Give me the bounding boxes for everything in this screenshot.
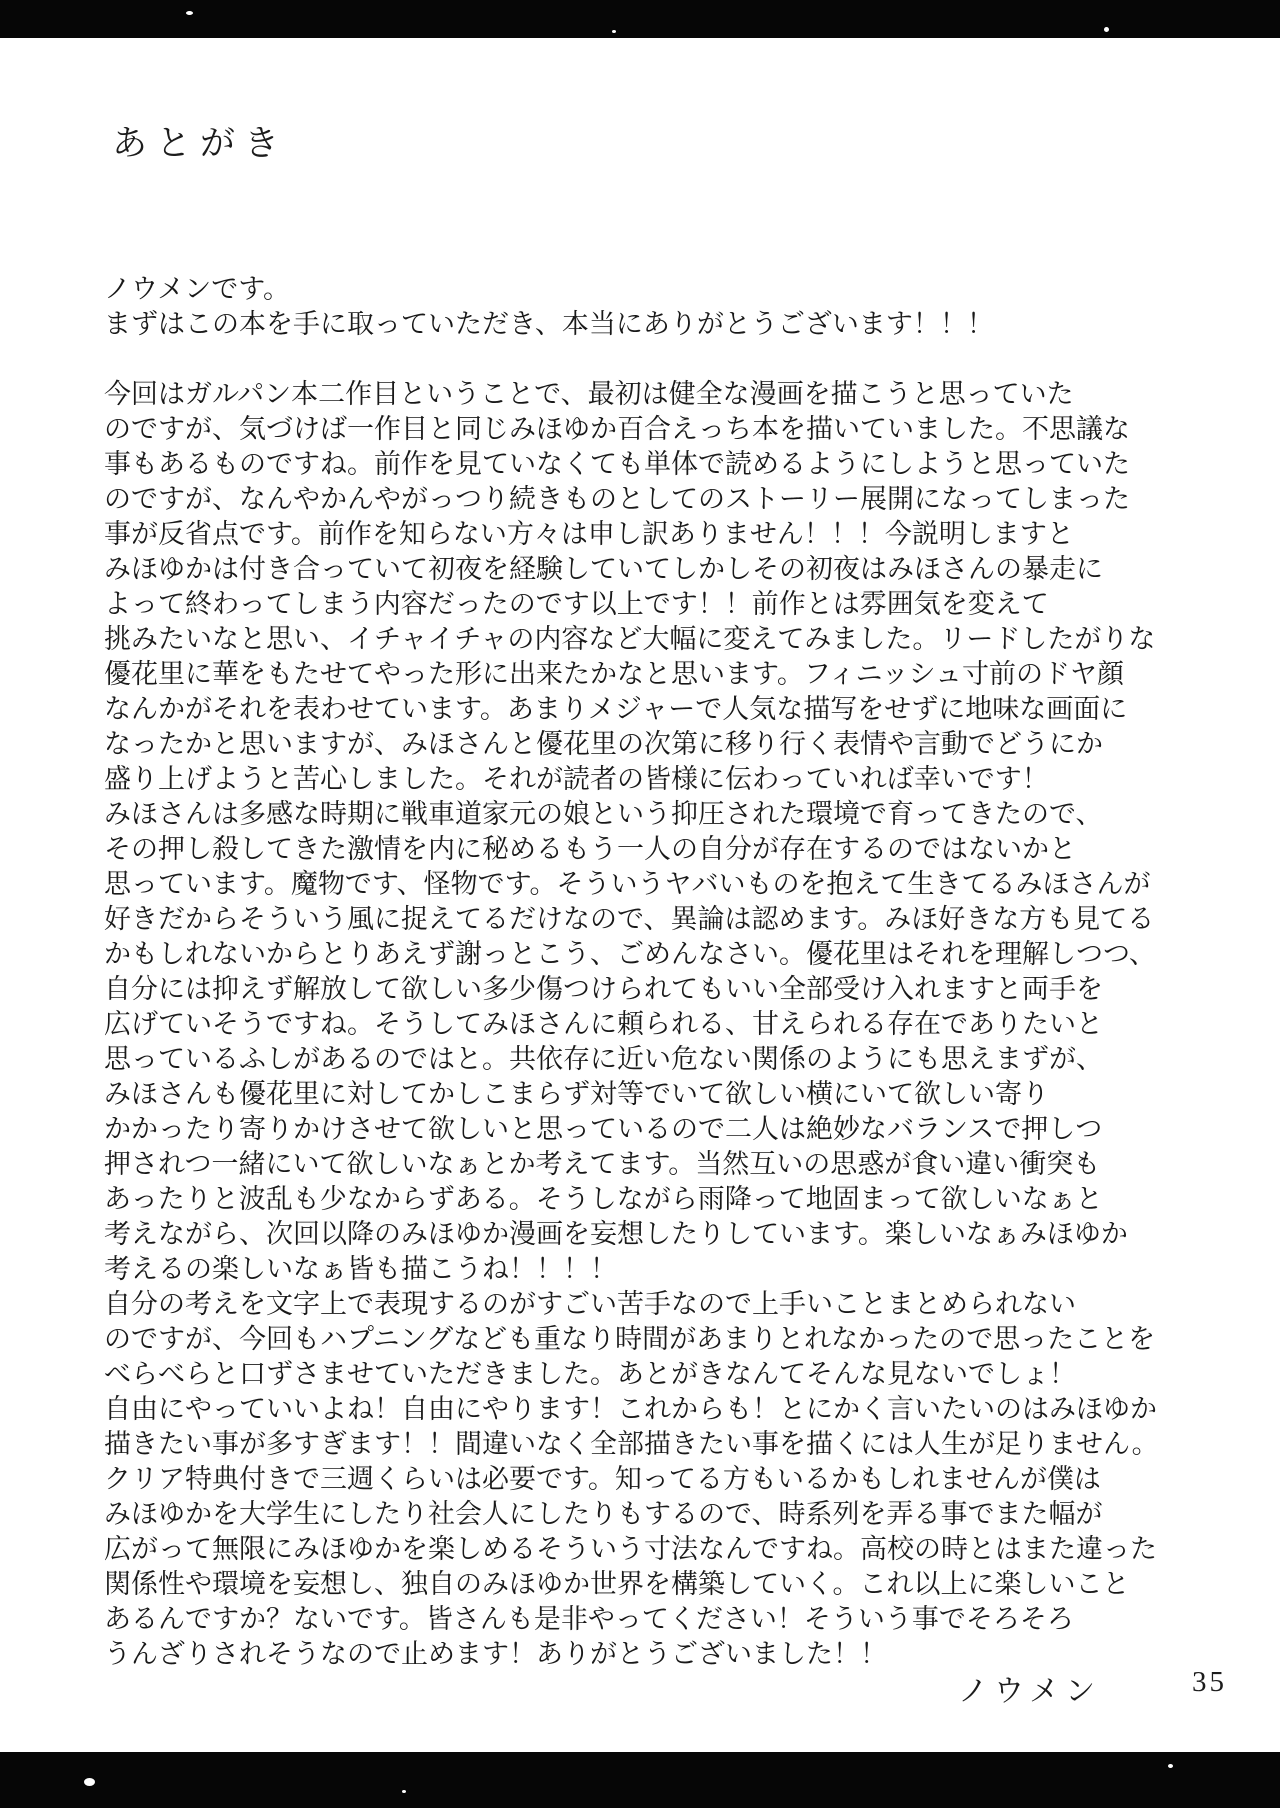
afterword-line: ノウメンです。 [104,272,1214,307]
scan-speck [84,1778,95,1786]
afterword-line: 事が反省点です。前作を知らない方々は申し訳ありません！！！今説明しますと [104,517,1214,552]
afterword-line: あったりと波乱も少なからずある。そうしながら雨降って地固まって欲しいなぁと [104,1182,1214,1217]
afterword-line: 描きたい事が多すぎます！！間違いなく全部描きたい事を描くには人生が足りません。 [104,1427,1214,1462]
afterword-line: 広がって無限にみほゆかを楽しめるそういう寸法なんですね。高校の時とはまた違った [104,1532,1214,1567]
afterword-body: ノウメンです。まずはこの本を手に取っていただき、本当にありがとうございます！！！… [104,272,1214,1672]
afterword-line: その押し殺してきた激情を内に秘めるもう一人の自分が存在するのではないかと [104,832,1214,867]
afterword-title: あとがき [112,116,288,166]
afterword-line: みほゆかは付き合っていて初夜を経験していてしかしその初夜はみほさんの暴走に [104,552,1214,587]
afterword-line: みほゆかを大学生にしたり社会人にしたりもするので、時系列を弄る事でまた幅が [104,1497,1214,1532]
scan-speck [186,11,193,15]
afterword-line: なったかと思いますが、みほさんと優花里の次第に移り行く表情や言動でどうにか [104,727,1214,762]
afterword-line: あるんですか？ないです。皆さんも是非やってください！そういう事でそろそろ [104,1602,1214,1637]
afterword-line: なんかがそれを表わせています。あまりメジャーで人気な描写をせずに地味な画面に [104,692,1214,727]
afterword-line: のですが、今回もハプニングなども重なり時間があまりとれなかったので思ったことを [104,1322,1214,1357]
afterword-line [104,342,1214,377]
scan-speck [1104,27,1109,32]
afterword-line: 自分には抑えず解放して欲しい多少傷つけられてもいい全部受け入れますと両手を [104,972,1214,1007]
afterword-line: 自由にやっていいよね！自由にやります！これからも！とにかく言いたいのはみほゆか [104,1392,1214,1427]
afterword-line: 関係性や環境を妄想し、独自のみほゆか世界を構築していく。これ以上に楽しいこと [104,1567,1214,1602]
afterword-line: 広げていそうですね。そうしてみほさんに頼られる、甘えられる存在でありたいと [104,1007,1214,1042]
afterword-line: みほさんも優花里に対してかしこまらず対等でいて欲しい横にいて欲しい寄り [104,1077,1214,1112]
afterword-line: 優花里に華をもたせてやった形に出来たかなと思います。フィニッシュ寸前のドヤ顔 [104,657,1214,692]
afterword-line: まずはこの本を手に取っていただき、本当にありがとうございます！！！ [104,307,1214,342]
afterword-line: べらべらと口ずさませていただきました。あとがきなんてそんな見ないでしょ！ [104,1357,1214,1392]
scan-speck [402,1790,406,1793]
afterword-line: のですが、なんやかんやがっつり続きものとしてのストーリー展開になってしまった [104,482,1214,517]
afterword-line: 盛り上げようと苦心しました。それが読者の皆様に伝わっていれば幸いです！ [104,762,1214,797]
afterword-line: 挑みたいなと思い、イチャイチャの内容など大幅に変えてみました。リードしたがりな [104,622,1214,657]
afterword-line: クリア特典付きで三週くらいは必要です。知ってる方もいるかもしれませんが僕は [104,1462,1214,1497]
afterword-line: かかったり寄りかけさせて欲しいと思っているので二人は絶妙なバランスで押しつ [104,1112,1214,1147]
afterword-line: みほさんは多感な時期に戦車道家元の娘という抑圧された環境で育ってきたので、 [104,797,1214,832]
afterword-line: 考えながら、次回以降のみほゆか漫画を妄想したりしています。楽しいなぁみほゆか [104,1217,1214,1252]
afterword-line: 押されつ一緒にいて欲しいなぁとか考えてます。当然互いの思惑が食い違い衝突も [104,1147,1214,1182]
scan-speck [1168,1764,1173,1768]
afterword-line: 思っています。魔物です、怪物です。そういうヤバいものを抱えて生きてるみほさんが [104,867,1214,902]
afterword-line: のですが、気づけば一作目と同じみほゆか百合えっち本を描いていました。不思議な [104,412,1214,447]
scan-edge-bottom [0,1752,1280,1808]
author-signature: ノウメン [958,1666,1101,1710]
scan-speck [612,30,616,33]
scan-edge-top [0,0,1280,38]
afterword-line: 自分の考えを文字上で表現するのがすごい苦手なので上手いことまとめられない [104,1287,1214,1322]
afterword-line: 考えるの楽しいなぁ皆も描こうね！！！！ [104,1252,1214,1287]
afterword-line: よって終わってしまう内容だったのです以上です！！前作とは雰囲気を変えて [104,587,1214,622]
afterword-line: 好きだからそういう風に捉えてるだけなので、異論は認めます。みほ好きな方も見てる [104,902,1214,937]
afterword-line: かもしれないからとりあえず謝っとこう、ごめんなさい。優花里はそれを理解しつつ、 [104,937,1214,972]
afterword-line: 事もあるものですね。前作を見ていなくても単体で読めるようにしようと思っていた [104,447,1214,482]
afterword-line: 思っているふしがあるのではと。共依存に近い危ない関係のようにも思えまずが、 [104,1042,1214,1077]
afterword-page: あとがき ノウメンです。まずはこの本を手に取っていただき、本当にありがとうござい… [0,0,1280,1808]
afterword-line: 今回はガルパン本二作目ということで、最初は健全な漫画を描こうと思っていた [104,377,1214,412]
page-number: 35 [1192,1666,1227,1699]
